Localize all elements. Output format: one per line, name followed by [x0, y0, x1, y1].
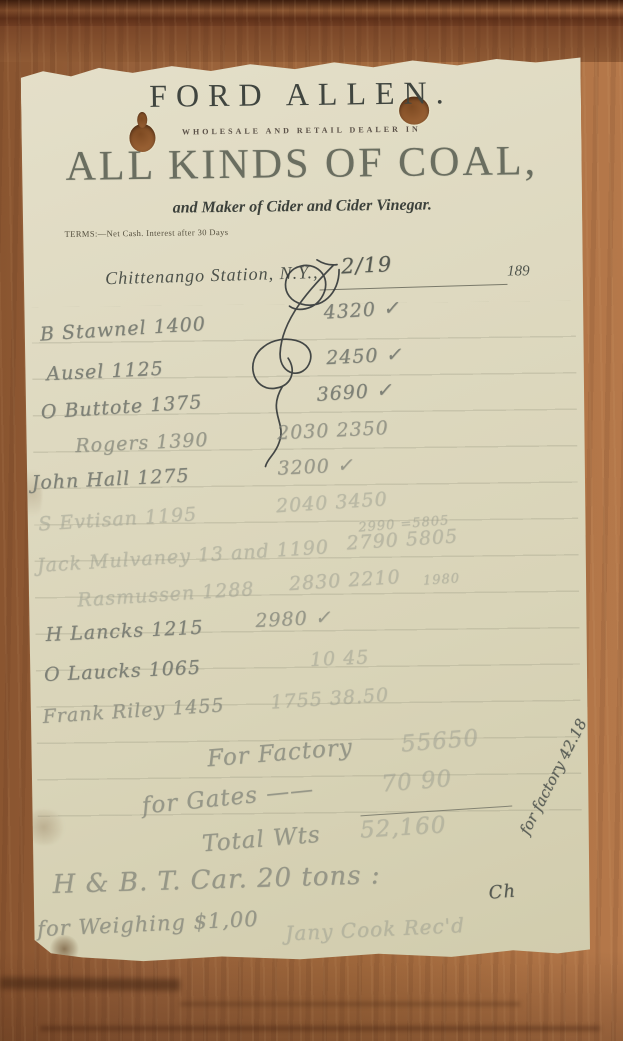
- car-line: H & B. T. Car. 20 tons :: [52, 860, 381, 900]
- wood-upper-strip: [0, 26, 623, 62]
- entry-amount: 10 45: [309, 646, 369, 671]
- letterhead-dealer-line: WHOLESALE AND RETAIL DEALER IN: [21, 123, 581, 139]
- wood-grain-streak: [180, 1002, 520, 1006]
- letterhead-product-line: ALL KINDS OF COAL,: [22, 137, 583, 192]
- entry-amount: 2980 ✓: [255, 606, 332, 632]
- wood-dark-band: [0, 0, 623, 26]
- photo-of-document: FORD ALLEN. WHOLESALE AND RETAIL DEALER …: [0, 0, 623, 1041]
- weighing-line: for Weighing $1,00: [37, 907, 259, 941]
- wood-grain-streak: [40, 1026, 600, 1031]
- letterhead-terms: TERMS:—Net Cash. Interest after 30 Days: [65, 227, 229, 239]
- letterhead-title: FORD ALLEN.: [21, 73, 581, 117]
- billhead-document: FORD ALLEN. WHOLESALE AND RETAIL DEALER …: [21, 57, 592, 964]
- check-initials: Ch: [488, 881, 517, 904]
- wood-knot-streak: [0, 977, 180, 991]
- received-note: Jany Cook Rec'd: [285, 913, 466, 945]
- letterhead-maker-line: and Maker of Cider and Cider Vinegar.: [22, 195, 582, 220]
- summary-value: 52,160: [359, 812, 447, 844]
- scribble-note: 1980: [422, 571, 460, 588]
- printed-year: 189: [507, 263, 530, 280]
- entry-amount: 3200 ✓: [277, 454, 354, 480]
- entry-amount: 2450 ✓: [326, 343, 403, 369]
